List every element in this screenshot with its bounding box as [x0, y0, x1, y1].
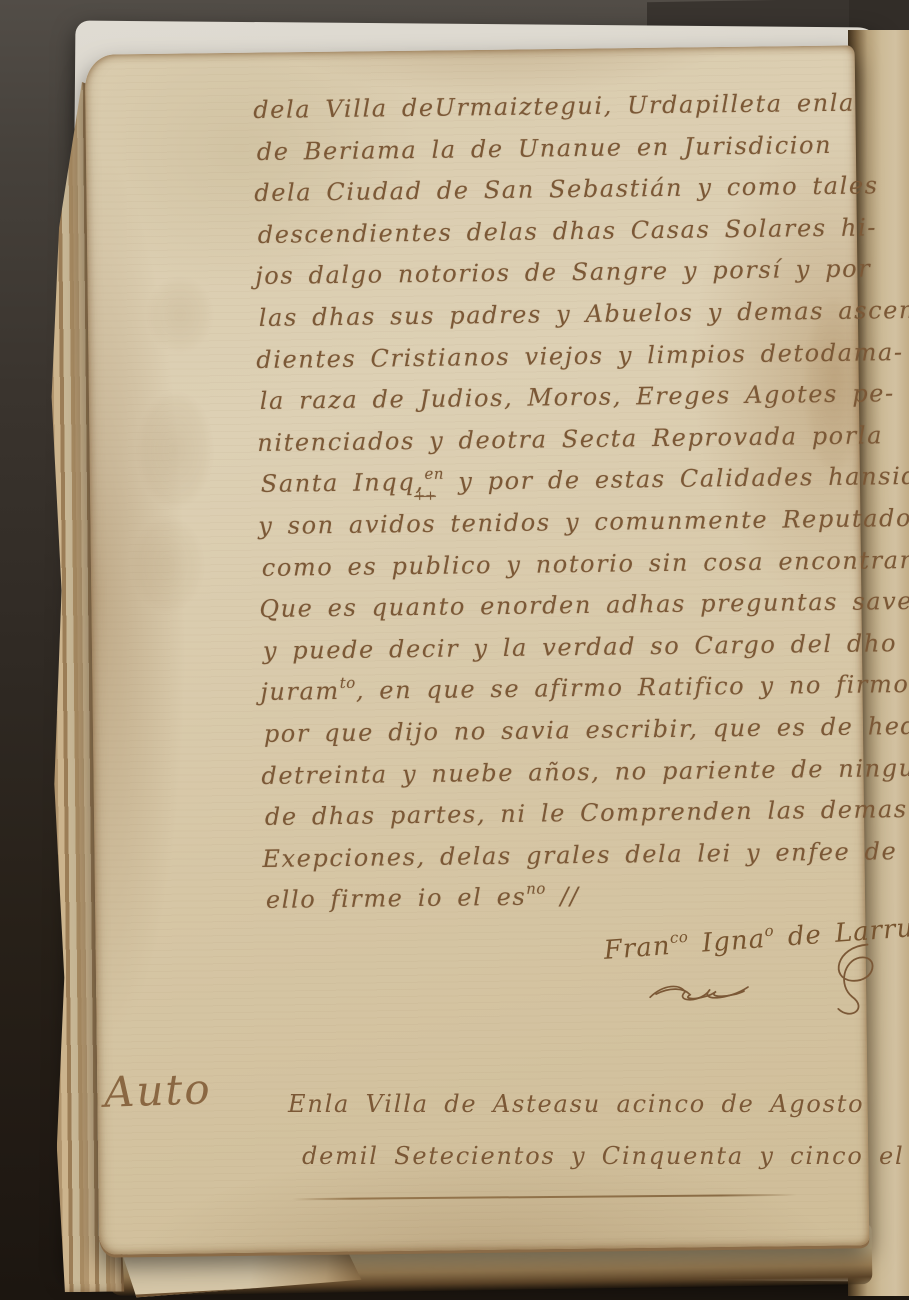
manuscript-line: la raza de Judios, Moros, Ereges Agotes … — [260, 374, 869, 423]
manuscript-line: Que es quanto enorden adhas preguntas sa… — [259, 582, 871, 631]
margin-note-auto: Auto — [103, 1064, 212, 1117]
manuscript-line: jos dalgo notorios de Sangre y porsí y p… — [255, 249, 867, 298]
manuscript-line: de dhas partes, ni le Comprenden las dem… — [265, 790, 874, 839]
manuscript-line: de Beriama la de Unanue en Jurisdicion — [257, 124, 866, 173]
superscript-insert: no — [526, 869, 546, 911]
superscript-insert: co — [669, 928, 689, 947]
photo-background: dela Villa deUrmaiztegui, Urdapilleta en… — [0, 0, 909, 1300]
manuscript-line: dela Villa deUrmaiztegui, Urdapilleta en… — [253, 83, 865, 132]
closing-line: Enla Villa de Asteasu acinco de Agosto — [288, 1078, 888, 1130]
manuscript-line: dela Ciudad de San Sebastián y como tale… — [254, 166, 866, 215]
closing-line: demil Setecientos y Cinquenta y cinco el — [302, 1130, 888, 1182]
manuscript-line: y son avidos tenidos y comunmente Reputa… — [258, 498, 870, 547]
manuscript-line: descendientes delas dhas Casas Solares h… — [258, 207, 867, 256]
manuscript-body: dela Villa deUrmaiztegui, Urdapilleta en… — [253, 83, 875, 922]
manuscript-line: dientes Cristianos viejos y limpios deto… — [256, 332, 868, 381]
closing-paragraph: Enla Villa de Asteasu acinco de Agostode… — [288, 1078, 888, 1182]
signature-rubric-icon — [644, 976, 756, 1007]
manuscript-line: detreinta y nuebe años, no pariente de n… — [261, 748, 873, 797]
manuscript-line: juramto, en que se afirmo Ratifico y no … — [260, 665, 872, 714]
manuscript-line: Santa Inqq,en++ y por de estas Calidades… — [261, 457, 870, 506]
manuscript-line: ello firme io el esno // — [266, 873, 875, 922]
manuscript-line: como es publico y notorio sin cosa encon… — [262, 540, 871, 589]
signature-paraph-icon — [823, 938, 890, 1025]
manuscript-line: Exepciones, delas grales dela lei y enfe… — [262, 831, 874, 880]
manuscript-line: por que dijo no savia escribir, que es d… — [264, 706, 873, 755]
superscript-insert: to — [339, 663, 356, 705]
superscript-insert: o — [764, 921, 775, 940]
manuscript-line: las dhas sus padres y Abuelos y demas as… — [259, 290, 868, 339]
manuscript-text-layer: dela Villa deUrmaiztegui, Urdapilleta en… — [253, 83, 875, 922]
